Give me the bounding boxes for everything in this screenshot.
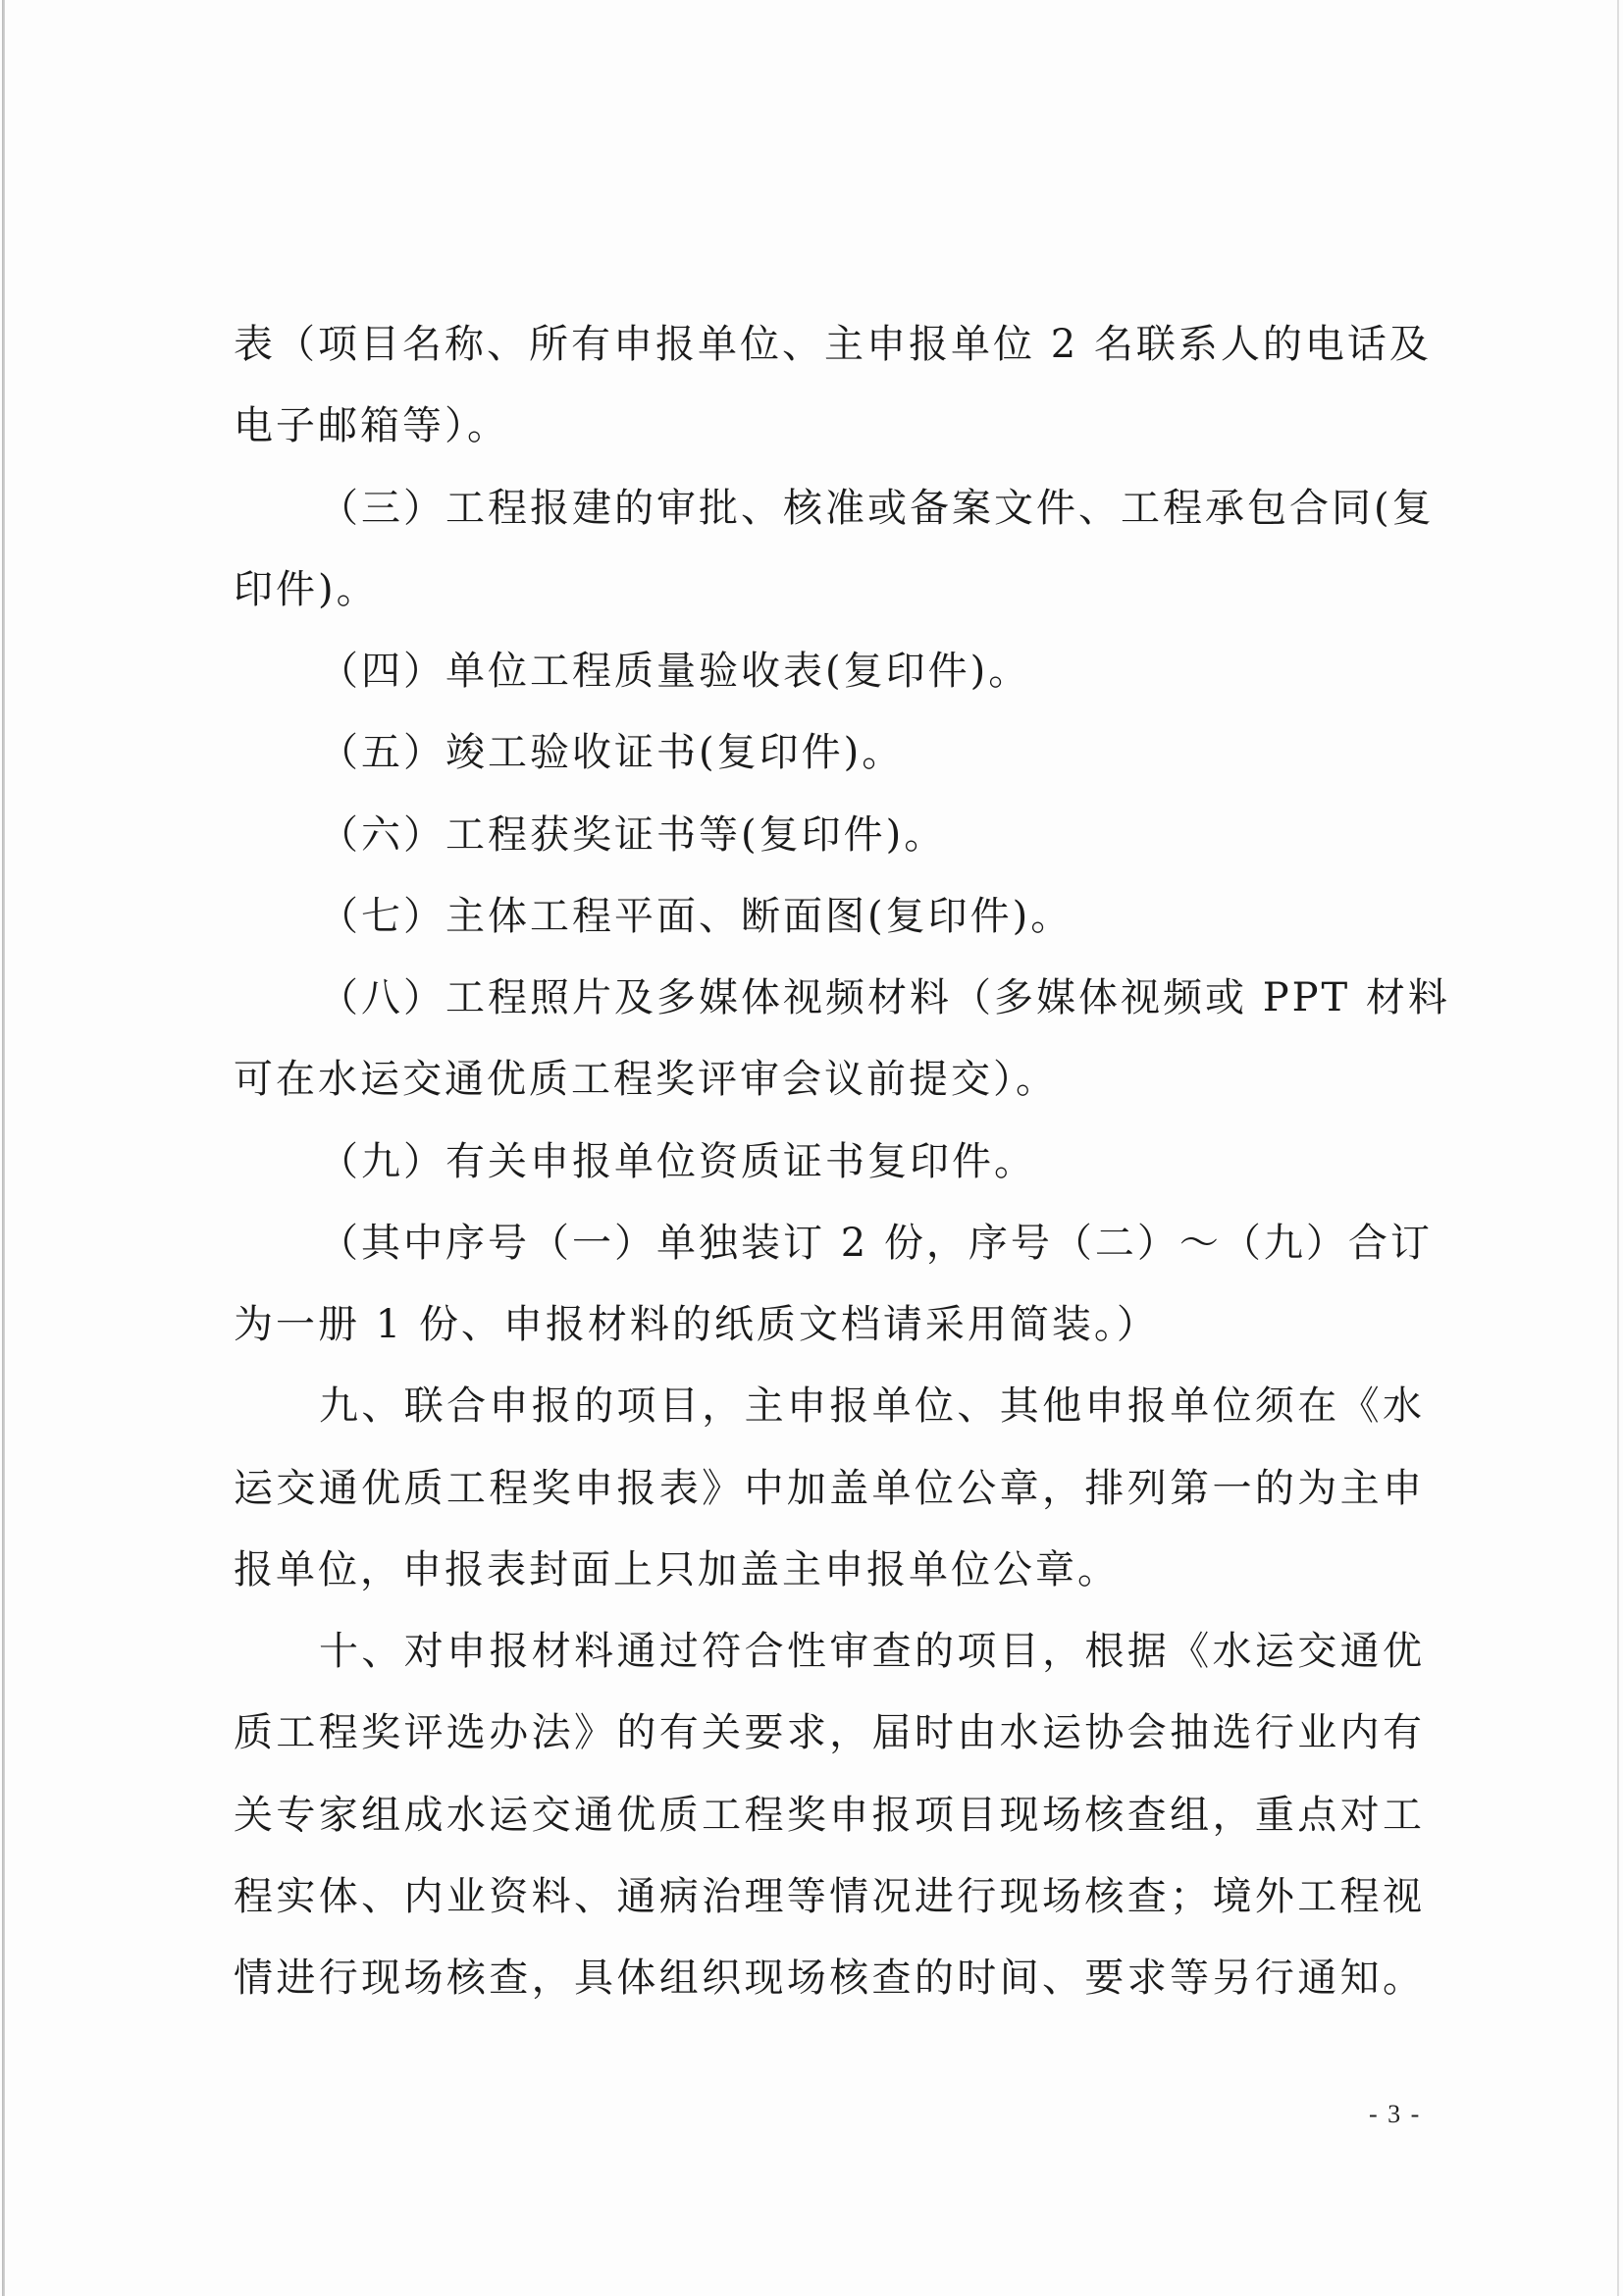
text-line-2: 电子邮箱等）。 [234, 386, 1425, 467]
document-body: 表（项目名称、所有申报单位、主申报单位 2 名联系人的电话及 电子邮箱等）。 （… [234, 304, 1425, 2019]
list-item-3-line-2: 印件)。 [234, 549, 1425, 631]
section-9-line-2: 运交通优质工程奖申报表》中加盖单位公章，排列第一的为主申 [234, 1448, 1425, 1530]
section-10-line-5: 情进行现场核查，具体组织现场核查的时间、要求等另行通知。 [234, 1938, 1425, 2019]
scan-edge-right [1617, 0, 1619, 2296]
list-item-5: （五）竣工验收证书(复印件)。 [234, 712, 1425, 794]
list-item-4: （四）单位工程质量验收表(复印件)。 [234, 631, 1425, 712]
list-item-7: （七）主体工程平面、断面图(复印件)。 [234, 876, 1425, 958]
binding-note-line-2: 为一册 1 份、申报材料的纸质文档请采用简装。） [234, 1284, 1425, 1366]
list-item-8-line-1: （八）工程照片及多媒体视频材料（多媒体视频或 PPT 材料 [234, 958, 1425, 1039]
text-line-1: 表（项目名称、所有申报单位、主申报单位 2 名联系人的电话及 [234, 304, 1425, 386]
section-9-line-1: 九、联合申报的项目，主申报单位、其他申报单位须在《水 [234, 1366, 1425, 1447]
page-number: - 3 - [1369, 2100, 1421, 2129]
section-10-line-3: 关专家组成水运交通优质工程奖申报项目现场核查组，重点对工 [234, 1775, 1425, 1856]
list-item-9: （九）有关申报单位资质证书复印件。 [234, 1122, 1425, 1203]
binding-note-line-1: （其中序号（一）单独装订 2 份，序号（二）～（九）合订 [234, 1203, 1425, 1284]
section-10-line-1: 十、对申报材料通过符合性审查的项目，根据《水运交通优 [234, 1611, 1425, 1693]
list-item-3-line-1: （三）工程报建的审批、核准或备案文件、工程承包合同(复 [234, 468, 1425, 549]
section-10-line-2: 质工程奖评选办法》的有关要求，届时由水运协会抽选行业内有 [234, 1693, 1425, 1774]
section-9-line-3: 报单位，申报表封面上只加盖主申报单位公章。 [234, 1530, 1425, 1611]
list-item-8-line-2: 可在水运交通优质工程奖评审会议前提交）。 [234, 1039, 1425, 1121]
scan-edge-left [2, 0, 5, 2296]
section-10-line-4: 程实体、内业资料、通病治理等情况进行现场核查；境外工程视 [234, 1856, 1425, 1938]
list-item-6: （六）工程获奖证书等(复印件)。 [234, 795, 1425, 876]
